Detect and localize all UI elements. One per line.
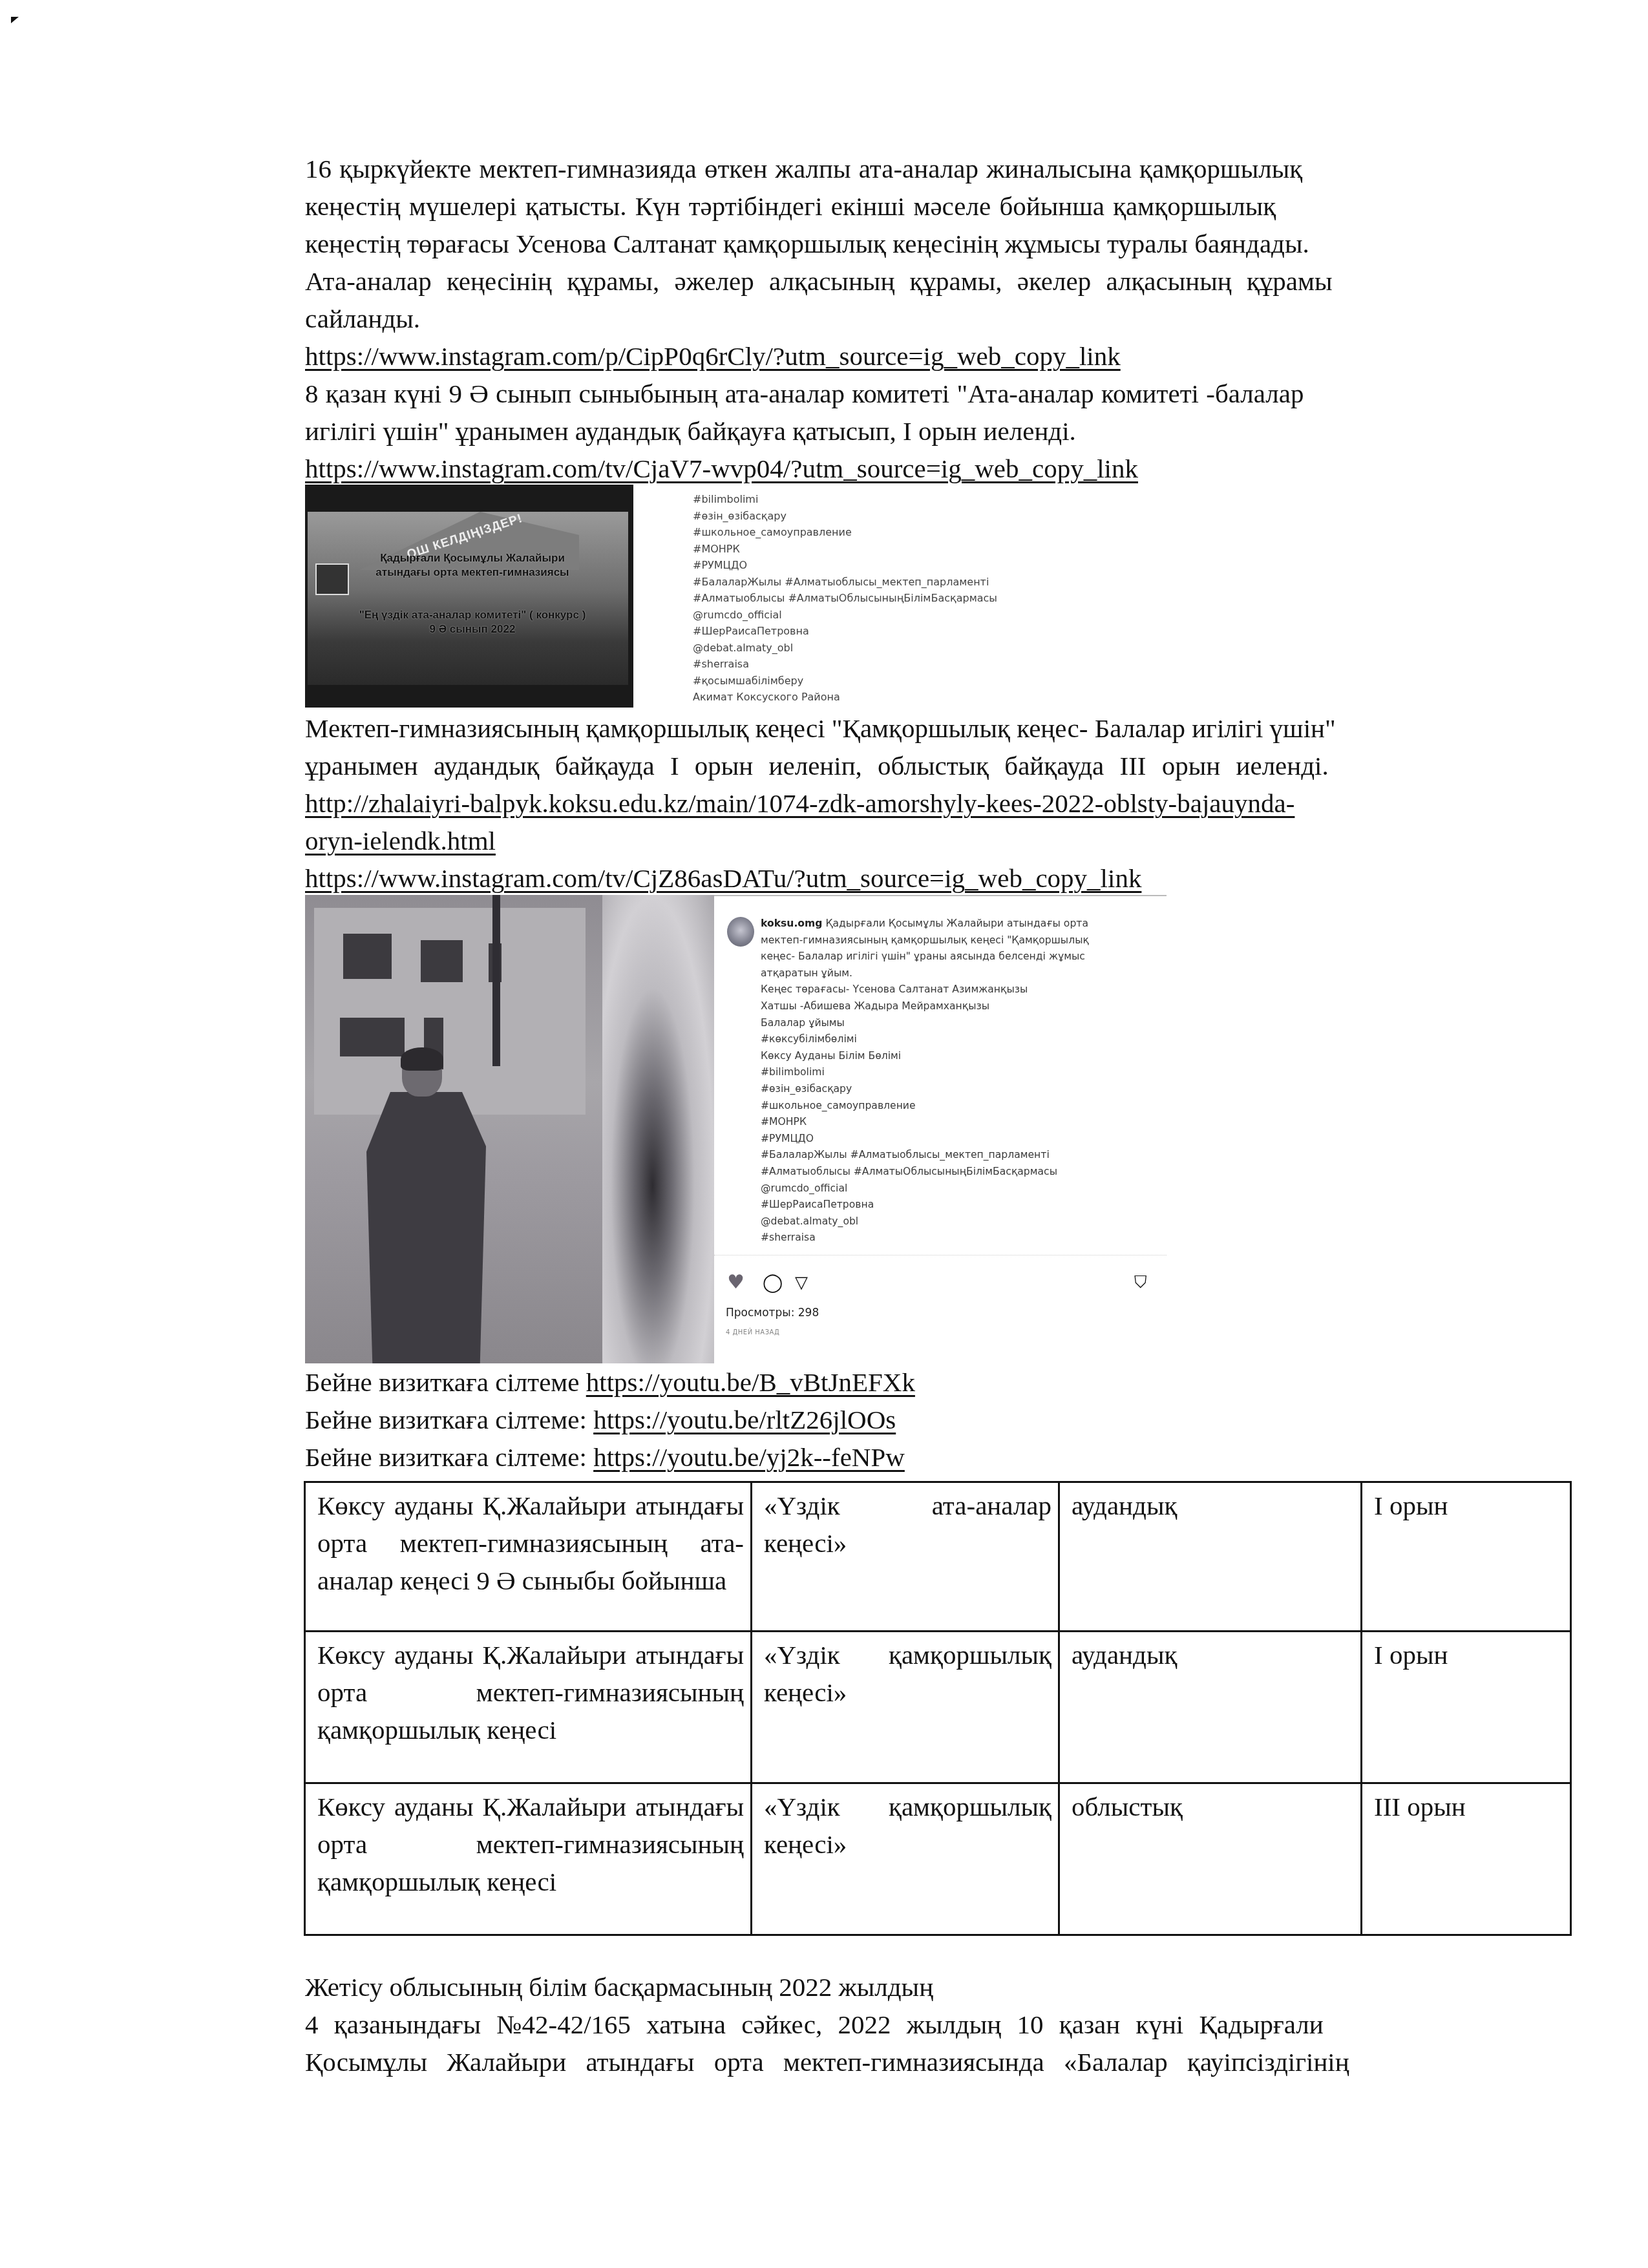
hashtag-item[interactable]: #bilimbolimi [693,491,997,508]
text-line: 8 қазан күні 9 Ә сынып сыныбының ата-ана… [305,375,1572,412]
photo-overlay-line: 9 Ә сынып 2022 [333,623,611,636]
caption-line: #Алматыоблысы #АлматыОблысыныңБілімБасқа… [761,1164,1155,1181]
organization-cell: Көксу ауданы Қ.Жалайыри атындағы орта ме… [305,1632,752,1783]
caption-line: Балалар ұйымы [761,1015,1155,1032]
text-line: 16 қыркүйекте мектеп-гимназияда өткен жа… [305,150,1572,187]
hashtag-item[interactable]: #БалаларЖылы #Алматыоблысы_мектеп_парлам… [693,574,997,591]
text-line: сайланды. [305,300,1572,337]
caption-line: @debat.almaty_obl [761,1213,1155,1230]
hashtag-item[interactable]: #өзін_өзібасқару [693,508,997,525]
paragraph-parents-meeting: 16 қыркүйекте мектеп-гимназияда өткен жа… [305,150,1572,375]
hashtag-list: #bilimbolimi#өзін_өзібасқару#школьное_са… [693,491,997,706]
building-facade [314,908,586,1115]
divider [714,1255,1167,1255]
hashtag-item[interactable]: #қосымшабілімберу [693,673,997,689]
school-site-link[interactable]: http://zhalaiyri-balpyk.koksu.edu.kz/mai… [305,788,1294,818]
caption-line: Кеңес төрағасы- Үсенова Салтанат Азимжан… [761,982,1155,998]
hashtag-item[interactable]: Акимат Коксуского Района [693,689,997,706]
pole [492,895,500,1066]
text-line: Қосымұлы Жалайыри атындағы орта мектеп-г… [305,2043,1572,2081]
caption-line: #РУМЦДО [761,1131,1155,1148]
photo-overlay-line: Қадырғали Қосымұлы Жалайыри [333,552,611,565]
video-link-label: Бейне визиткаға сілтеме [305,1367,586,1397]
school-site-link-continued[interactable]: oryn-ielendk.html [305,826,496,856]
caption-line: #МОНРК [761,1114,1155,1131]
window [421,940,463,982]
video-link-row: Бейне визиткаға сілтеме: https://youtu.b… [305,1438,1572,1476]
organization-cell: Көксу ауданы Қ.Жалайыри атындағы орта ме… [305,1783,752,1935]
hashtag-item[interactable]: @rumcdo_official [693,607,997,624]
photo-scene: ОШ КЕЛДІҢІЗДЕР! Қадырғали Қосымұлы Жалай… [308,512,628,685]
text-line: Ата-аналар кеңесінің құрамы, әжелер алқа… [305,262,1572,300]
nomination-cell: «Үздік қамқоршылық кеңесі» [752,1783,1059,1935]
table-row: Көксу ауданы Қ.Жалайыри атындағы орта ме… [305,1482,1571,1632]
post-username[interactable]: koksu.omg [761,918,822,929]
paragraph-child-safety: Жетісу облысының білім басқармасының 202… [305,1968,1572,2081]
youtube-link-1[interactable]: https://youtu.be/B_vBtJnEFXk [586,1367,915,1397]
video-links: Бейне визиткаға сілтеме https://youtu.be… [305,1363,1572,1476]
level-cell: аудандық [1059,1482,1362,1632]
text-line: Жетісу облысының білім басқармасының 202… [305,1968,1572,2006]
place-cell: I орын [1362,1632,1571,1783]
video-link-row: Бейне визиткаға сілтеме: https://youtu.b… [305,1401,1572,1438]
instagram-link-3[interactable]: https://www.instagram.com/tv/CjZ86asDATu… [305,863,1141,893]
table-row: Көксу ауданы Қ.Жалайыри атындағы орта ме… [305,1632,1571,1783]
level-cell: облыстық [1059,1783,1362,1935]
hashtag-item[interactable]: #МОНРК [693,541,997,558]
caption-line: #ШерРаисаПетровна [761,1197,1155,1213]
text-line: кеңестің төрағасы Усенова Салтанат қамқо… [305,225,1572,262]
caption-line: атқаратын ұйым. [761,965,1155,982]
caption-line: #БалаларЖылы #Алматыоблысы_мектеп_парлам… [761,1147,1155,1164]
heart-icon[interactable]: ♥ [727,1270,745,1296]
caption-line: Көксу Ауданы Білім Бөлімі [761,1048,1155,1065]
nomination-cell: «Үздік ата-аналар кеңесі» [752,1482,1059,1632]
post-actions: ♥ ◯ ▽ ⛉ [727,1270,1154,1296]
views-count: Просмотры: 298 [726,1307,819,1319]
youtube-link-3[interactable]: https://youtu.be/yj2k--feNPw [593,1442,905,1472]
place-cell: I орын [1362,1482,1571,1632]
text-line: игілігі үшін" ұранымен аудандық байқауға… [305,412,1572,450]
scan-corner-mark [11,17,19,23]
place-cell: III орын [1362,1783,1571,1935]
hashtag-item[interactable]: #ШерРаисаПетровна [693,623,997,640]
window [343,934,392,979]
caption-text: Қадырғали Қосымұлы Жалайыри атындағы орт… [822,918,1088,929]
nomination-cell: «Үздік қамқоршылық кеңесі» [752,1632,1059,1783]
paragraph-trustee-council: Мектеп-гимназиясының қамқоршылық кеңесі … [305,709,1572,897]
level-cell: аудандық [1059,1632,1362,1783]
person-hair [401,1047,443,1071]
school-building-photo: ОШ КЕЛДІҢІЗДЕР! Қадырғали Қосымұлы Жалай… [305,485,633,708]
hashtag-item[interactable]: @debat.almaty_obl [693,640,997,656]
avatar[interactable] [727,917,754,947]
caption-line: кеңес- Балалар игілігі үшін" ұраны аясын… [761,949,1155,965]
caption-line: Хатшы -Абишева Жадыра Мейрамханқызы [761,998,1155,1015]
organization-cell: Көксу ауданы Қ.Жалайыри атындағы орта ме… [305,1482,752,1632]
post-caption: koksu.omg Қадырғали Қосымұлы Жалайыри ат… [761,916,1155,1246]
bookmark-icon[interactable]: ⛉ [1134,1270,1147,1296]
comment-icon[interactable]: ◯ [763,1270,783,1296]
text-line: кеңестің мүшелері қатысты. Күн тәртібінд… [305,187,1572,225]
paragraph-parents-committee: 8 қазан күні 9 Ә сынып сыныбының ата-ана… [305,375,1572,487]
person-body [366,1092,486,1363]
caption-line: #bilimbolimi [761,1064,1155,1081]
table-row: Көксу ауданы Қ.Жалайыри атындағы орта ме… [305,1783,1571,1935]
caption-line: #sherraisa [761,1230,1155,1246]
youtube-link-2[interactable]: https://youtu.be/rltZ26jlOOs [593,1405,896,1434]
hashtag-item[interactable]: #РУМЦДО [693,557,997,574]
caption-line: #көксубілімбөлімі [761,1031,1155,1048]
text-line: ұранымен аудандық байқауда I орын иелені… [305,747,1572,784]
caption-line: #школьное_самоуправление [761,1098,1155,1115]
instagram-post-panel: koksu.omg Қадырғали Қосымұлы Жалайыри ат… [714,895,1167,1365]
instagram-link-1[interactable]: https://www.instagram.com/p/CipP0q6rCly/… [305,341,1121,371]
photo-overlay-line: "Ең үздік ата-аналар комитеті" ( конкурс… [333,609,611,622]
hashtag-item[interactable]: #школьное_самоуправление [693,524,997,541]
video-link-row: Бейне визиткаға сілтеме https://youtu.be… [305,1363,1572,1401]
text-line: 4 қазанындағы №42-42/165 хатына сәйкес, … [305,2006,1572,2043]
text-line: Мектеп-гимназиясының қамқоршылық кеңесі … [305,709,1572,747]
awards-table: Көксу ауданы Қ.Жалайыри атындағы орта ме… [304,1481,1572,1936]
caption-line: @rumcdo_official [761,1181,1155,1197]
window [340,1018,405,1056]
blurred-pillar [602,895,714,1363]
photo-overlay-line: атындағы орта мектеп-гимназиясы [333,566,611,579]
share-icon[interactable]: ▽ [795,1270,808,1296]
caption-line: мектеп-гимназиясының қамқоршылық кеңесі … [761,932,1155,949]
hashtag-item[interactable]: #Алматыоблысы #АлматыОблысыныңБілімБасқа… [693,590,997,607]
council-chair-photo [305,895,714,1363]
post-timestamp: 4 ДНЕЙ НАЗАД [726,1329,779,1336]
video-link-label: Бейне визиткаға сілтеме: [305,1442,593,1472]
hashtag-item[interactable]: #sherraisa [693,656,997,673]
video-link-label: Бейне визиткаға сілтеме: [305,1405,593,1434]
instagram-link-2[interactable]: https://www.instagram.com/tv/CjaV7-wvp04… [305,454,1138,483]
caption-line: #өзін_өзібасқару [761,1081,1155,1098]
